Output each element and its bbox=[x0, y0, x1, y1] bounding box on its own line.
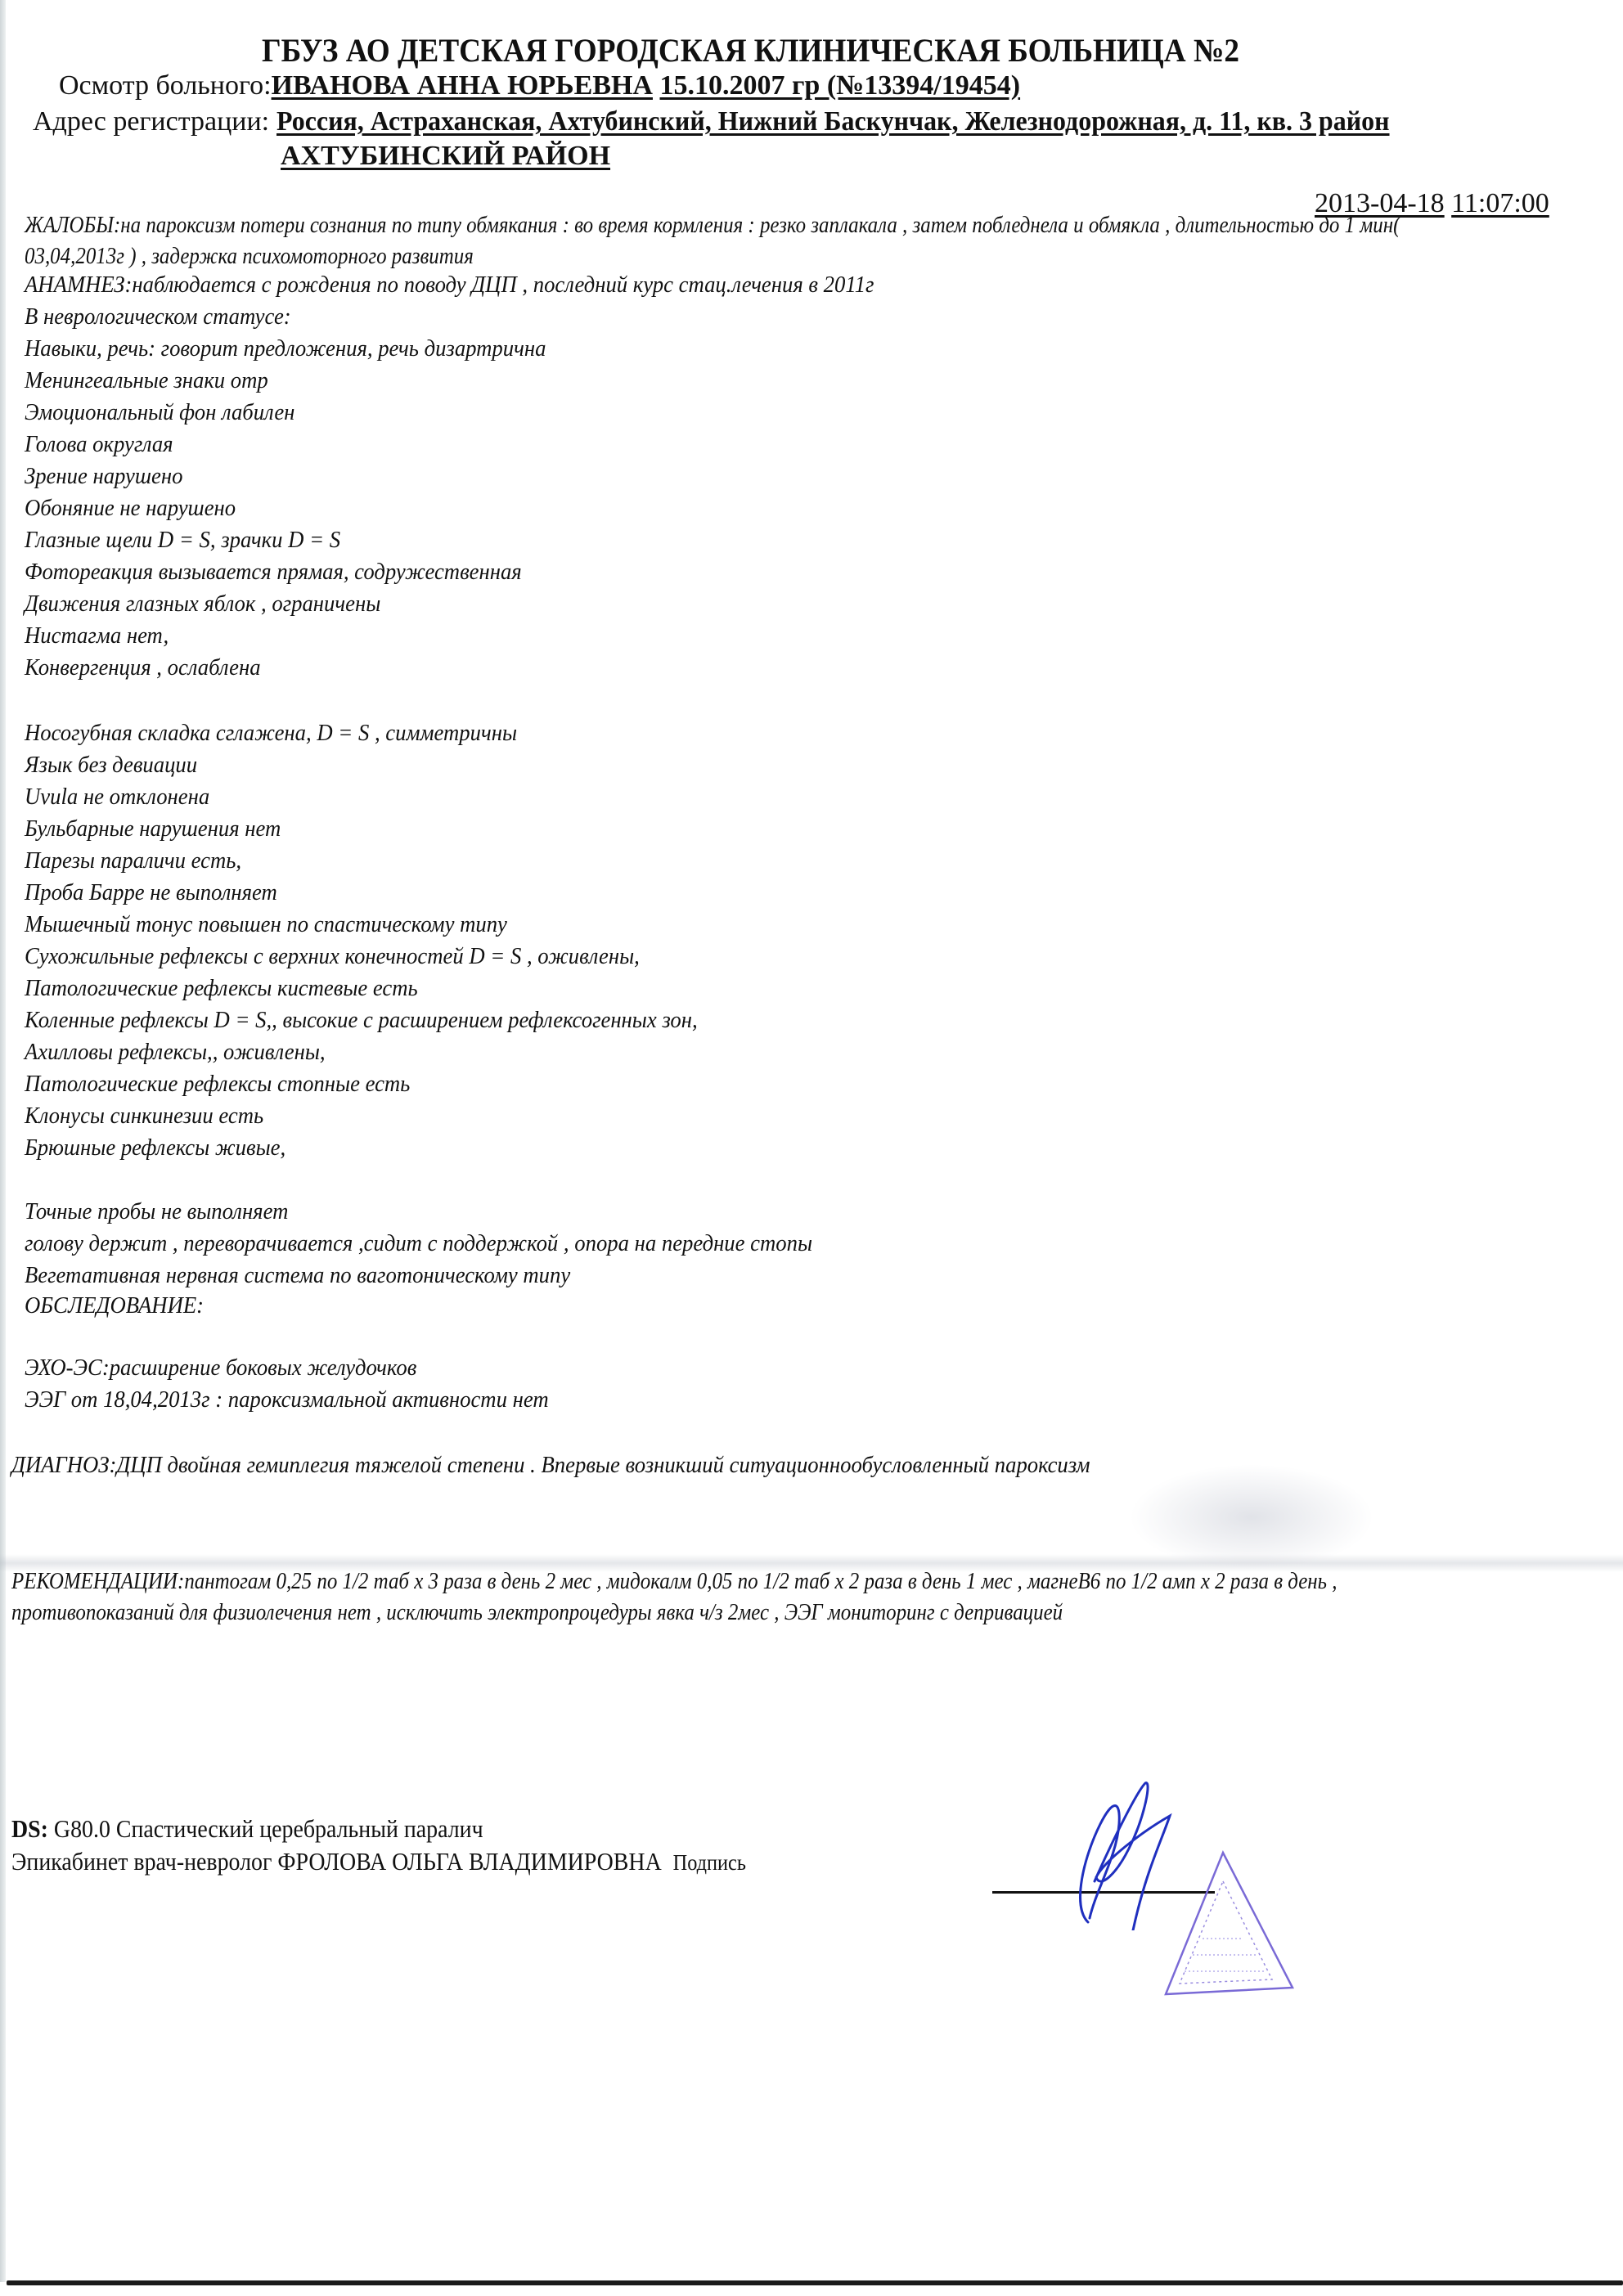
neuro-line: Патологические рефлексы кистевые есть bbox=[25, 975, 418, 1002]
address-line2: АХТУБИНСКИЙ РАЙОН bbox=[281, 141, 610, 171]
neuro-line: Uvula не отклонена bbox=[25, 784, 209, 811]
neuro-line: Зрение нарушено bbox=[25, 463, 182, 490]
address-row: Адрес регистрации: Россия, Астраханская,… bbox=[33, 106, 1460, 137]
neuro-line: Глазные щели D = S, зрачки D = S bbox=[25, 527, 340, 554]
ds-label: DS: bbox=[11, 1814, 48, 1843]
eeg-line: ЭЭГ от 18,04,2013г : пароксизмальной акт… bbox=[25, 1386, 549, 1413]
neuro-line: Точные пробы не выполняет bbox=[25, 1198, 288, 1225]
address-label: Адрес регистрации: bbox=[33, 106, 269, 137]
neuro-line: Клонусы синкинезии есть bbox=[25, 1103, 263, 1130]
patient-row: Осмотр больного:ИВАНОВА АННА ЮРЬЕВНА 15.… bbox=[59, 70, 1020, 101]
neuro-line: Мышечный тонус повышен по спастическому … bbox=[25, 911, 507, 938]
ds-line: DS: G80.0 Спастический церебральный пара… bbox=[11, 1814, 483, 1844]
echo-line: ЭХО-ЭС:расширение боковых желудочков bbox=[25, 1355, 416, 1382]
medical-record-page: ГБУЗ АО ДЕТСКАЯ ГОРОДСКАЯ КЛИНИЧЕСКАЯ БО… bbox=[0, 0, 1623, 2296]
complaints-paragraph: ЖАЛОБЫ:на пароксизм потери сознания по т… bbox=[25, 209, 1467, 272]
doctor-line: Эпикабинет врач-невролог ФРОЛОВА ОЛЬГА В… bbox=[11, 1847, 746, 1876]
neuro-line: Фотореакция вызывается прямая, содружест… bbox=[25, 559, 522, 586]
neuro-line: Навыки, речь: говорит предложения, речь … bbox=[25, 335, 546, 362]
neuro-line: Патологические рефлексы стопные есть bbox=[25, 1071, 410, 1098]
neuro-line: Коленные рефлексы D = S,, высокие с расш… bbox=[25, 1007, 698, 1034]
scan-edge-bottom bbox=[7, 2280, 1623, 2285]
neuro-line: Конвергенция , ослаблена bbox=[25, 654, 261, 681]
neuro-line: Носогубная складка сглажена, D = S , сим… bbox=[25, 720, 517, 747]
neuro-line: В неврологическом статусе: bbox=[25, 303, 291, 330]
neuro-line: Движения глазных яблок , ограничены bbox=[25, 591, 380, 618]
neuro-line: Сухожильные рефлексы с верхних конечност… bbox=[25, 943, 640, 970]
anamnesis-line: АНАМНЕЗ:наблюдается с рождения по поводу… bbox=[25, 272, 874, 299]
neuro-line: Эмоциональный фон лабилен bbox=[25, 399, 294, 426]
doctor-name: Эпикабинет врач-невролог ФРОЛОВА ОЛЬГА В… bbox=[11, 1847, 662, 1876]
neuro-line: Голова округлая bbox=[25, 431, 173, 458]
patient-birth: 15.10.2007 гр (№13394/19454) bbox=[659, 70, 1020, 101]
patient-name: ИВАНОВА АННА ЮРЬЕВНА bbox=[272, 70, 653, 101]
neuro-line: голову держит , переворачивается ,сидит … bbox=[25, 1230, 812, 1257]
address-line1: Россия, Астраханская, Ахтубинский, Нижни… bbox=[276, 106, 1390, 137]
signature-label: Подпись bbox=[673, 1850, 746, 1875]
scan-edge-left bbox=[0, 0, 6, 2282]
neuro-line: Бульбарные нарушения нет bbox=[25, 816, 281, 842]
neuro-line: Язык без девиации bbox=[25, 752, 197, 779]
patient-label: Осмотр больного: bbox=[59, 70, 272, 101]
neuro-line: Брюшные рефлексы живые, bbox=[25, 1135, 285, 1161]
ds-text: G80.0 Спастический церебральный паралич bbox=[54, 1814, 483, 1843]
exam-heading: ОБСЛЕДОВАНИЕ: bbox=[25, 1292, 204, 1319]
neuro-line: Обоняние не нарушено bbox=[25, 495, 236, 522]
neuro-line: Парезы параличи есть, bbox=[25, 847, 241, 874]
neuro-line: Нистагма нет, bbox=[25, 622, 169, 649]
address-row-2: АХТУБИНСКИЙ РАЙОН bbox=[281, 141, 610, 172]
recommendations-paragraph: РЕКОМЕНДАЦИИ:пантогам 0,25 по 1/2 таб х … bbox=[11, 1566, 1503, 1628]
neuro-line: Менингеальные знаки отр bbox=[25, 367, 268, 394]
neuro-line: Ахилловы рефлексы,, оживлены, bbox=[25, 1039, 326, 1066]
neuro-line: Проба Барре не выполняет bbox=[25, 879, 277, 906]
scan-smudge bbox=[1129, 1464, 1374, 1570]
hospital-title: ГБУЗ АО ДЕТСКАЯ ГОРОДСКАЯ КЛИНИЧЕСКАЯ БО… bbox=[262, 31, 1239, 70]
diagnosis-line: ДИАГНОЗ:ДЦП двойная гемиплегия тяжелой с… bbox=[11, 1452, 1090, 1479]
neuro-line: Вегетативная нервная система по ваготони… bbox=[25, 1262, 570, 1289]
triangle-stamp bbox=[1162, 1849, 1301, 2004]
